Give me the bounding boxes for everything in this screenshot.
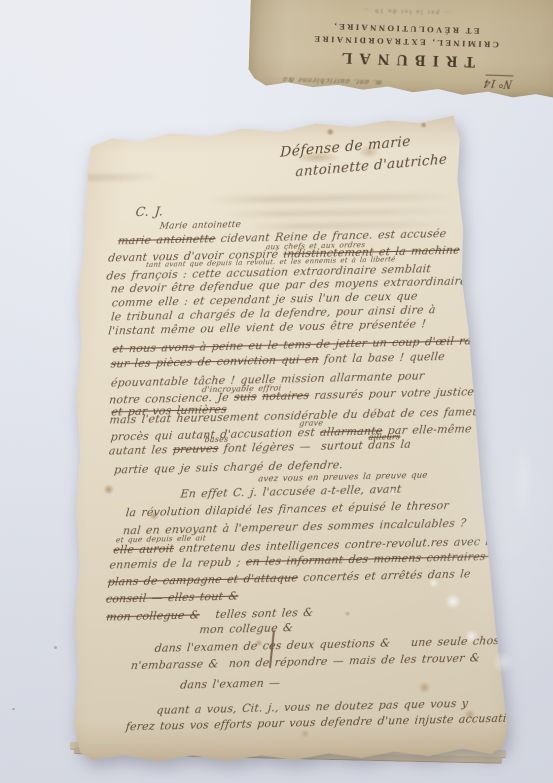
struck-text: elle auroit — [113, 542, 175, 556]
manuscript-line: avez vous en preuves la preuve que — [258, 471, 428, 485]
ink-bleedthrough — [209, 194, 459, 203]
handwritten-text: avez vous en preuves la preuve que — [258, 471, 428, 485]
handwritten-text: ennemis de la repub ; — [109, 555, 247, 571]
manuscript-line: n'embarasse & non de répondre — mais de … — [130, 651, 480, 672]
stain-spot — [103, 484, 115, 494]
tribunal-printed-line-1: TRIBUNAL — [334, 48, 475, 70]
manuscript-text-block: C. J.Marie antoinettemarie antoinette ci… — [57, 109, 505, 115]
manuscript-line: dans l'examen — — [180, 676, 281, 691]
struck-text: marie antoinette — [117, 232, 216, 247]
manuscript-line: mon collegue & — [199, 621, 294, 636]
struck-text: plans de campagne et d'attaque — [107, 571, 299, 588]
stain-spot — [420, 122, 428, 128]
stain-spot — [417, 682, 431, 693]
handwritten-text: En effet C. j. l'accusée a-t-elle, avant — [180, 482, 402, 500]
annotation-note: m. ant. autrichienne &a — [281, 68, 384, 87]
handwritten-text: telles sont les & — [199, 606, 314, 622]
manuscript-line: plans de campagne et d'attaque concertés… — [107, 567, 471, 588]
ink-bleedthrough — [68, 174, 158, 181]
handwritten-text: autant les — [108, 443, 173, 457]
struck-text: notaires — [261, 389, 310, 403]
handwritten-text: Marie antoinette — [159, 220, 241, 232]
handwritten-text: concertés et arrêtés dans le — [297, 567, 471, 584]
photo-of-display-case: N° 14 m. ant. autrichienne &a TRIBUNAL C… — [0, 0, 553, 783]
struck-text: preuves — [172, 442, 219, 456]
ink-bleedthrough — [224, 209, 456, 217]
manuscript-line: la révolution dilapidé les finances et é… — [125, 499, 449, 519]
struck-text: mon collegue & — [106, 608, 201, 623]
dust-speck — [54, 646, 57, 649]
handwritten-text: dans l'examen — — [180, 676, 281, 691]
struck-text: conseil — elles tout & — [105, 590, 239, 606]
tribunal-document-content: N° 14 m. ant. autrichienne &a TRIBUNAL C… — [248, 0, 553, 105]
stain-spot — [326, 128, 335, 135]
glare-spot — [512, 440, 534, 520]
dust-speck — [12, 708, 15, 710]
annotation-number: N° 14 — [483, 75, 514, 92]
tribunal-annotations: N° 14 m. ant. autrichienne &a — [248, 67, 553, 93]
handwritten-text: mon collegue & — [199, 621, 294, 636]
manuscript-line: conseil — elles tout & — [105, 590, 239, 606]
manuscript-line: Marie antoinette — [159, 220, 241, 232]
stain-spot — [300, 730, 310, 738]
manuscript-line: En effet C. j. l'accusée a-t-elle, avant — [180, 482, 402, 500]
manuscript-document: Défense de marie antoinette d'autriche C… — [57, 109, 514, 767]
handwritten-text: n'embarasse & non de répondre — mais de … — [130, 651, 480, 672]
stain-spot — [344, 611, 350, 616]
tribunal-partial-line: … par la loi du 19 … — [362, 7, 451, 17]
struck-text: suis — [233, 390, 257, 404]
handwritten-text: font la base ! quelle — [318, 350, 445, 366]
manuscript-paper: Défense de marie antoinette d'autriche C… — [57, 109, 514, 767]
handwritten-text: C. J. — [135, 203, 164, 219]
struck-text: sur les pièces de conviction qui en — [110, 353, 319, 371]
handwritten-text: rassurés pour votre justice ! — [309, 385, 485, 402]
tribunal-document: N° 14 m. ant. autrichienne &a TRIBUNAL C… — [248, 0, 553, 105]
tribunal-printed-line-3: ET RÉVOLUTIONNAIRE, — [332, 22, 480, 37]
handwritten-text: la révolution dilapidé les finances et é… — [125, 499, 449, 519]
manuscript-line: C. J. — [135, 203, 164, 219]
